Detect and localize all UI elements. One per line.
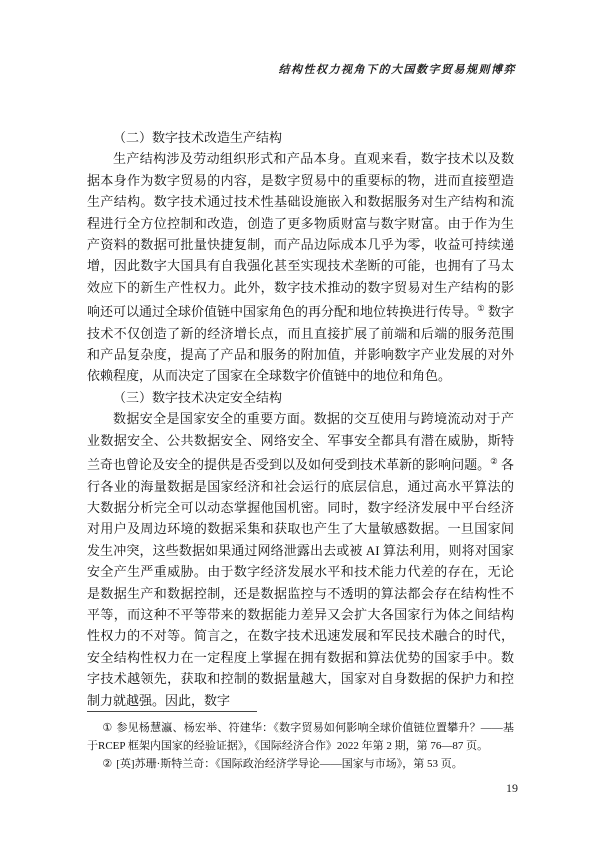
footnotes: ①参见杨慧瀛、杨宏举、符建华：《数字贸易如何影响全球价值链位置攀升？——基于RC… [87, 711, 514, 774]
footnote-1-text: 参见杨慧瀛、杨宏举、符建华：《数字贸易如何影响全球价值链位置攀升？——基于RCE… [87, 722, 514, 752]
footnote-ref: ① [477, 303, 485, 313]
section-heading-2: （二）数字技术改造生产结构 [87, 127, 514, 148]
footnote-2-marker: ② [102, 758, 112, 770]
paragraph-production-structure: 生产结构涉及劳动组织形式和产品本身。直观来看，数字技术以及数据本身作为数字贸易的… [87, 148, 514, 386]
footnote-separator [87, 711, 257, 712]
paragraph-security-structure: 数据安全是国家安全的重要方面。数据的交互使用与跨境流动对于产业数据安全、公共数据… [87, 408, 514, 711]
footnote-1-marker: ① [102, 722, 112, 734]
body-text: （二）数字技术改造生产结构 生产结构涉及劳动组织形式和产品本身。直观来看，数字技… [87, 127, 514, 711]
running-header: 结构性权力视角下的大国数字贸易规则博弈 [279, 61, 517, 77]
footnote-1: ①参见杨慧瀛、杨宏举、符建华：《数字贸易如何影响全球价值链位置攀升？——基于RC… [87, 719, 514, 755]
section-heading-3: （三）数字技术决定安全结构 [87, 387, 514, 408]
text-run: 数据安全是国家安全的重要方面。数据的交互使用与跨境流动对于产业数据安全、公共数据… [87, 411, 514, 472]
page-number: 19 [506, 781, 518, 796]
text-run: 各行各业的海量数据是国家经济和社会运行的底层信息，通过高水平算法的大数据分析完全… [87, 457, 514, 707]
footnote-2: ②[英]苏珊·斯特兰奇：《国际政治经济学导论——国家与市场》，第 53 页。 [87, 755, 514, 773]
document-page: 结构性权力视角下的大国数字贸易规则博弈 （二）数字技术改造生产结构 生产结构涉及… [0, 0, 600, 856]
footnote-ref: ② [490, 456, 498, 466]
footnote-2-text: [英]苏珊·斯特兰奇：《国际政治经济学导论——国家与市场》，第 53 页。 [116, 758, 463, 770]
text-run: 生产结构涉及劳动组织形式和产品本身。直观来看，数字技术以及数据本身作为数字贸易的… [87, 151, 514, 319]
